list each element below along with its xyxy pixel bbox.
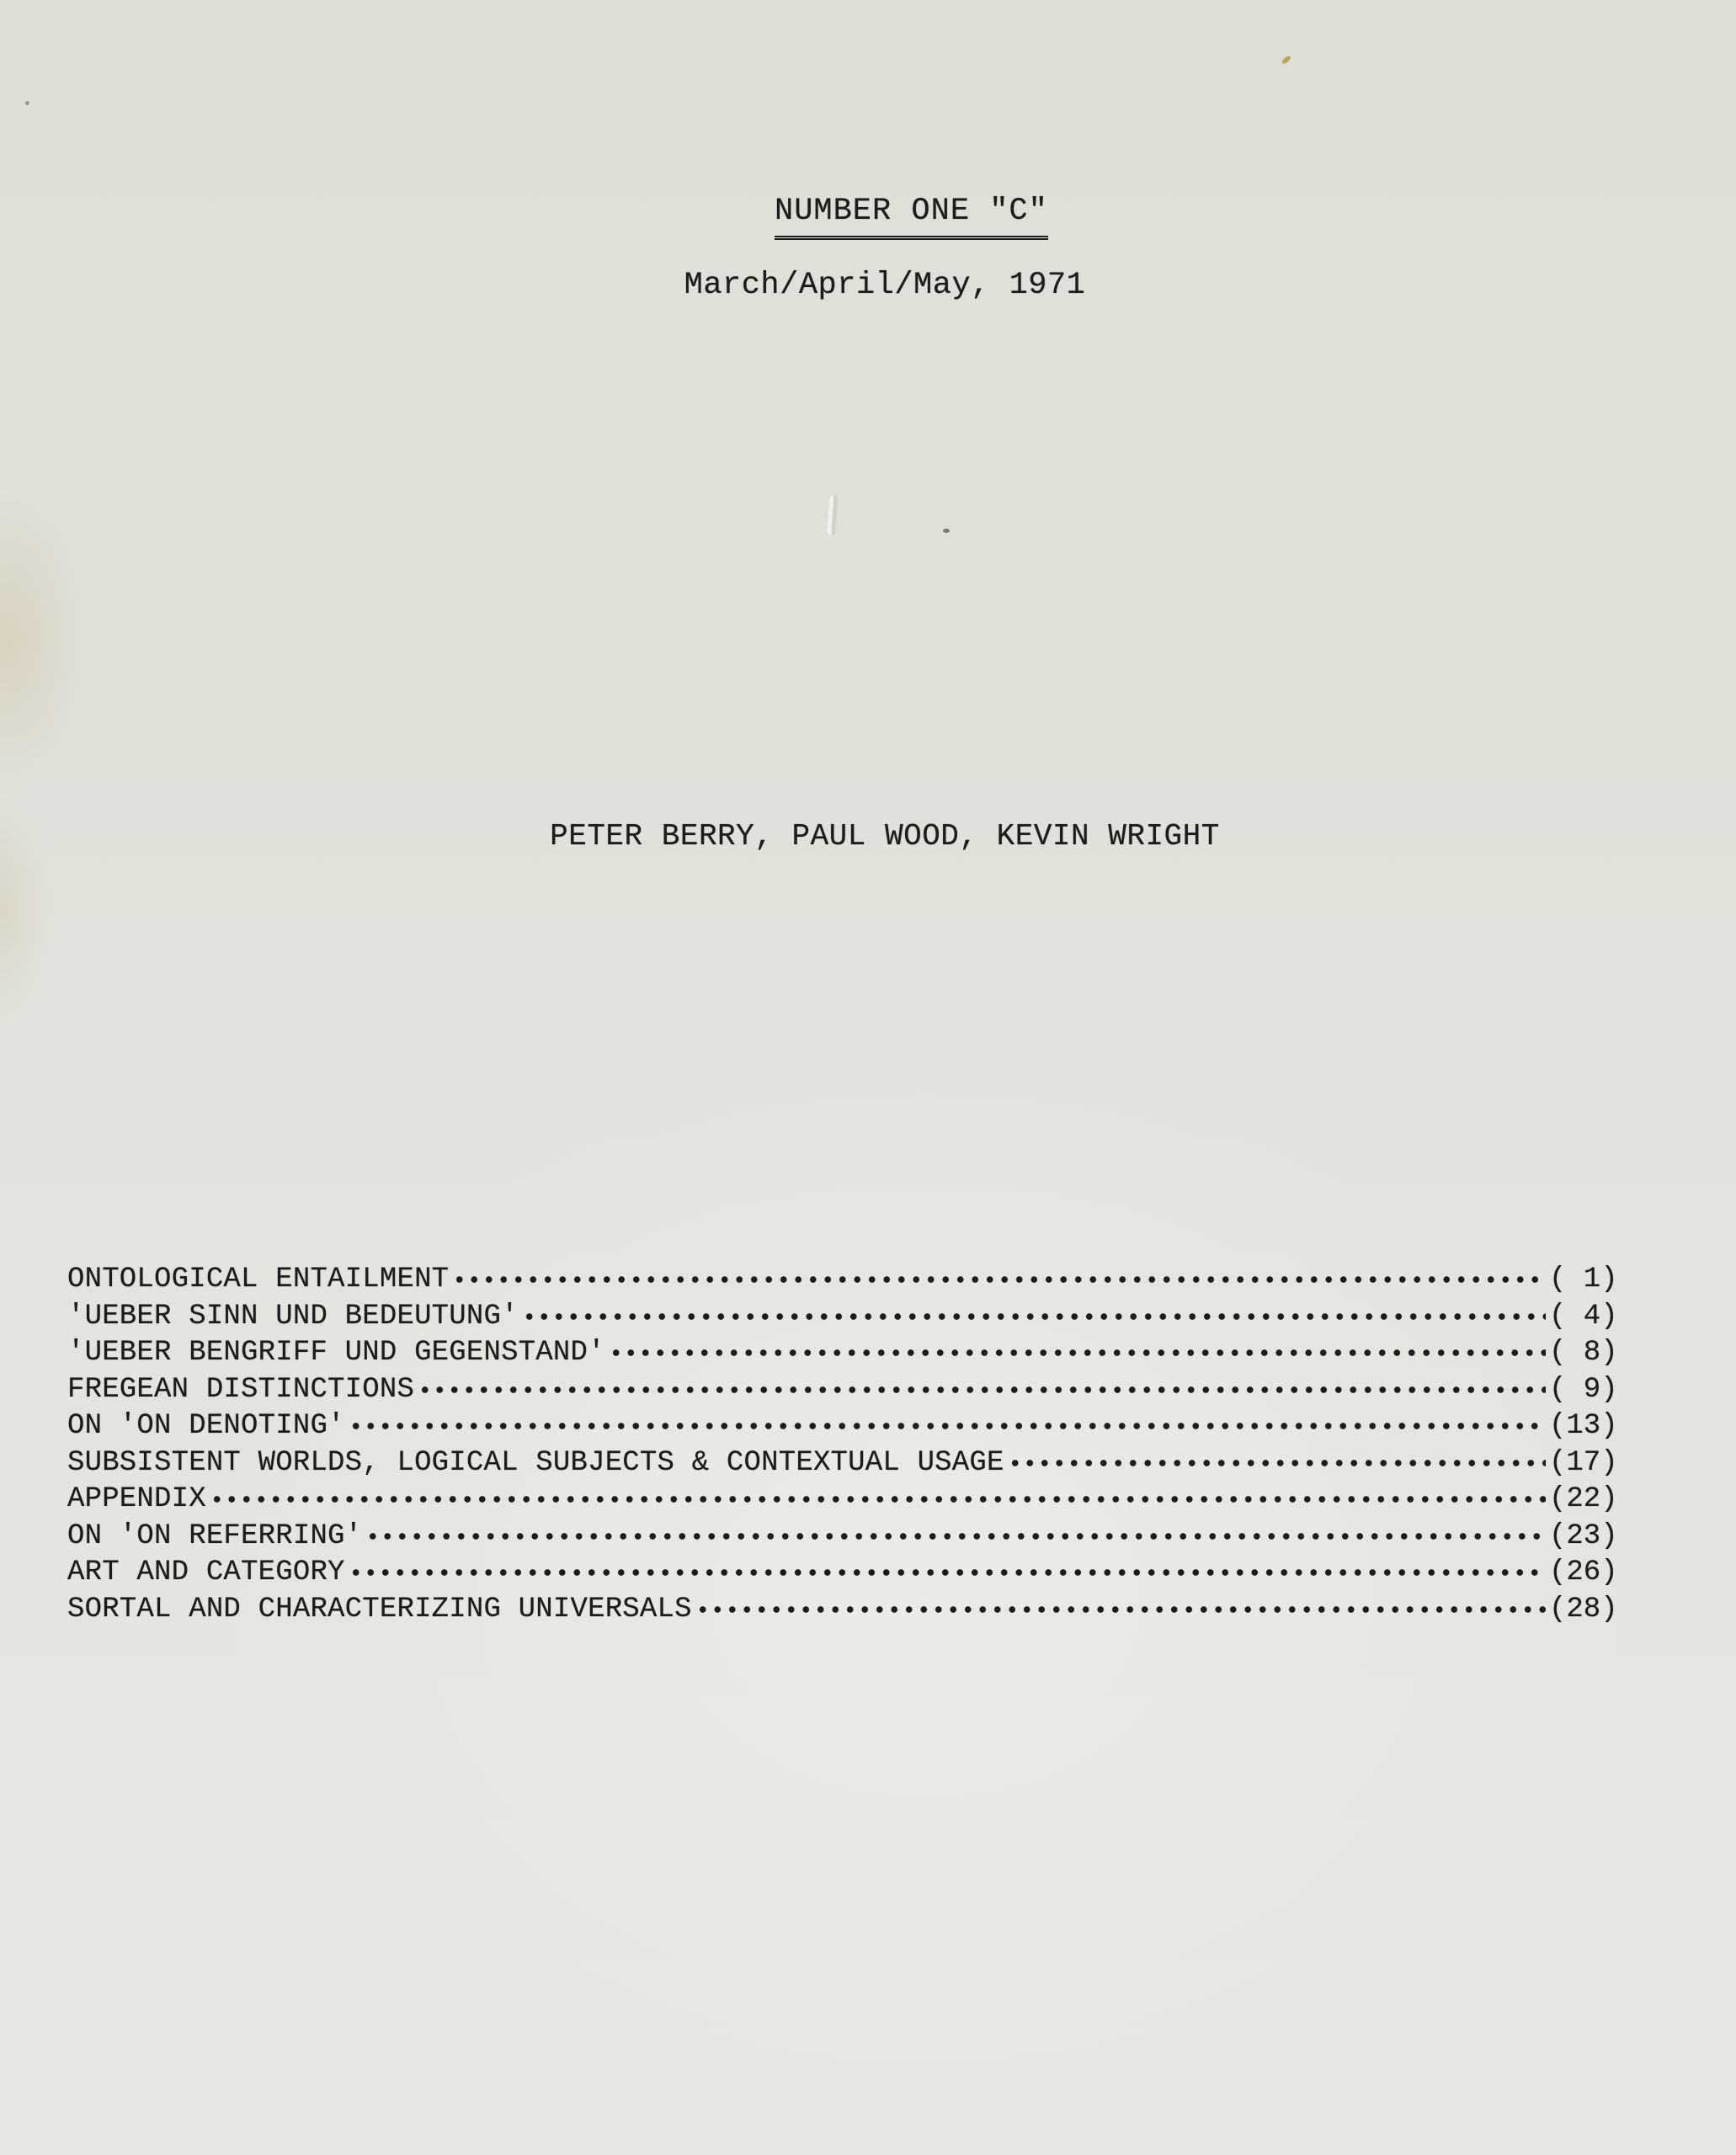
dot-leader: [349, 1402, 1546, 1431]
table-of-contents: ONTOLOGICAL ENTAILMENT ( 1) 'UEBER SINN …: [67, 1258, 1616, 1624]
paper-speck: [1281, 55, 1291, 65]
toc-entry-title: SORTAL AND CHARACTERIZING UNIVERSALS: [67, 1594, 692, 1626]
toc-entry-page: ( 4): [1549, 1301, 1616, 1333]
paper-speck: [25, 101, 29, 105]
toc-entry-page: ( 1): [1549, 1264, 1616, 1296]
toc-entry: 'UEBER SINN UND BEDEUTUNG' ( 4): [67, 1295, 1616, 1332]
toc-entry-page: (22): [1549, 1483, 1616, 1515]
toc-entry-page: (26): [1549, 1556, 1616, 1588]
document-title: NUMBER ONE "C": [0, 158, 1736, 275]
toc-entry-title: 'UEBER BENGRIFF UND GEGENSTAND': [67, 1337, 605, 1369]
toc-entry: ON 'ON DENOTING' (13): [67, 1404, 1616, 1441]
toc-entry-page: ( 8): [1549, 1337, 1616, 1369]
toc-entry: 'UEBER BENGRIFF UND GEGENSTAND' ( 8): [67, 1331, 1616, 1368]
toc-entry-page: (17): [1549, 1447, 1616, 1479]
toc-entry-page: (13): [1549, 1410, 1616, 1442]
toc-entry-page: (28): [1549, 1594, 1616, 1626]
dot-leader: [695, 1586, 1546, 1615]
toc-entry: SORTAL AND CHARACTERIZING UNIVERSALS (28…: [67, 1588, 1616, 1625]
document-title-text: NUMBER ONE "C": [775, 194, 1048, 240]
toc-entry: ON 'ON REFERRING' (23): [67, 1514, 1616, 1551]
toc-entry-title: ON 'ON REFERRING': [67, 1520, 362, 1552]
toc-entry: SUBSISTENT WORLDS, LOGICAL SUBJECTS & CO…: [67, 1441, 1616, 1478]
toc-entry-page: (23): [1549, 1520, 1616, 1552]
toc-entry-title: FREGEAN DISTINCTIONS: [67, 1374, 414, 1406]
dot-leader: [418, 1366, 1546, 1395]
toc-entry: FREGEAN DISTINCTIONS ( 9): [67, 1368, 1616, 1405]
toc-entry: ART AND CATEGORY (26): [67, 1551, 1616, 1588]
toc-entry-title: 'UEBER SINN UND BEDEUTUNG': [67, 1301, 519, 1333]
authors-line: PETER BERRY, PAUL WOOD, KEVIN WRIGHT: [17, 819, 1736, 854]
toc-entry-page: ( 9): [1549, 1374, 1616, 1406]
paper-speck: [943, 529, 950, 533]
dot-leader: [365, 1513, 1546, 1541]
issue-date: March/April/May, 1971: [17, 268, 1736, 303]
toc-entry-title: ART AND CATEGORY: [67, 1556, 345, 1588]
toc-entry-title: ONTOLOGICAL ENTAILMENT: [67, 1264, 449, 1296]
document-page: NUMBER ONE "C" March/April/May, 1971 PET…: [0, 0, 1736, 2155]
toc-entry: APPENDIX (22): [67, 1477, 1616, 1514]
dot-leader: [609, 1329, 1546, 1358]
toc-entry: ONTOLOGICAL ENTAILMENT ( 1): [67, 1258, 1616, 1295]
dot-leader: [210, 1476, 1546, 1504]
paper-crease-mark: [827, 495, 838, 536]
dot-leader: [452, 1256, 1546, 1285]
dot-leader: [349, 1549, 1546, 1578]
dot-leader: [522, 1293, 1546, 1322]
dot-leader: [1008, 1439, 1546, 1468]
toc-entry-title: APPENDIX: [67, 1483, 206, 1515]
toc-entry-title: SUBSISTENT WORLDS, LOGICAL SUBJECTS & CO…: [67, 1447, 1004, 1479]
toc-entry-title: ON 'ON DENOTING': [67, 1410, 345, 1442]
